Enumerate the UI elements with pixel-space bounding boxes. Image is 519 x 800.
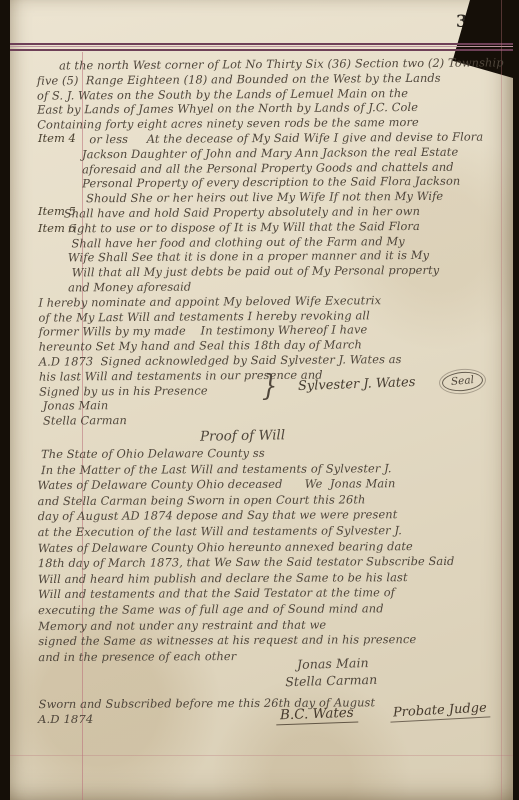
sworn-date-line: A.D 1874 (38, 712, 93, 727)
probate-section-heading: Proof of Will (200, 427, 285, 444)
bottom-ruling-line (10, 755, 513, 756)
head-rule-top (10, 43, 513, 45)
head-rule-middle (10, 46, 513, 47)
judge-signature: B.C. Wates (276, 705, 358, 726)
head-rule-bottom (10, 49, 513, 51)
probate-body-text: The State of Ohio Delaware County ss In … (37, 445, 455, 712)
probate-witness-signatures: Jonas Main Stella Carman (285, 655, 378, 690)
ledger-page: 335 Item 4 Item 5 Item 6 at the north We… (10, 0, 513, 800)
witness-brace: } (262, 369, 277, 403)
scanned-ledger-photo: 335 Item 4 Item 5 Item 6 at the north We… (0, 0, 519, 800)
